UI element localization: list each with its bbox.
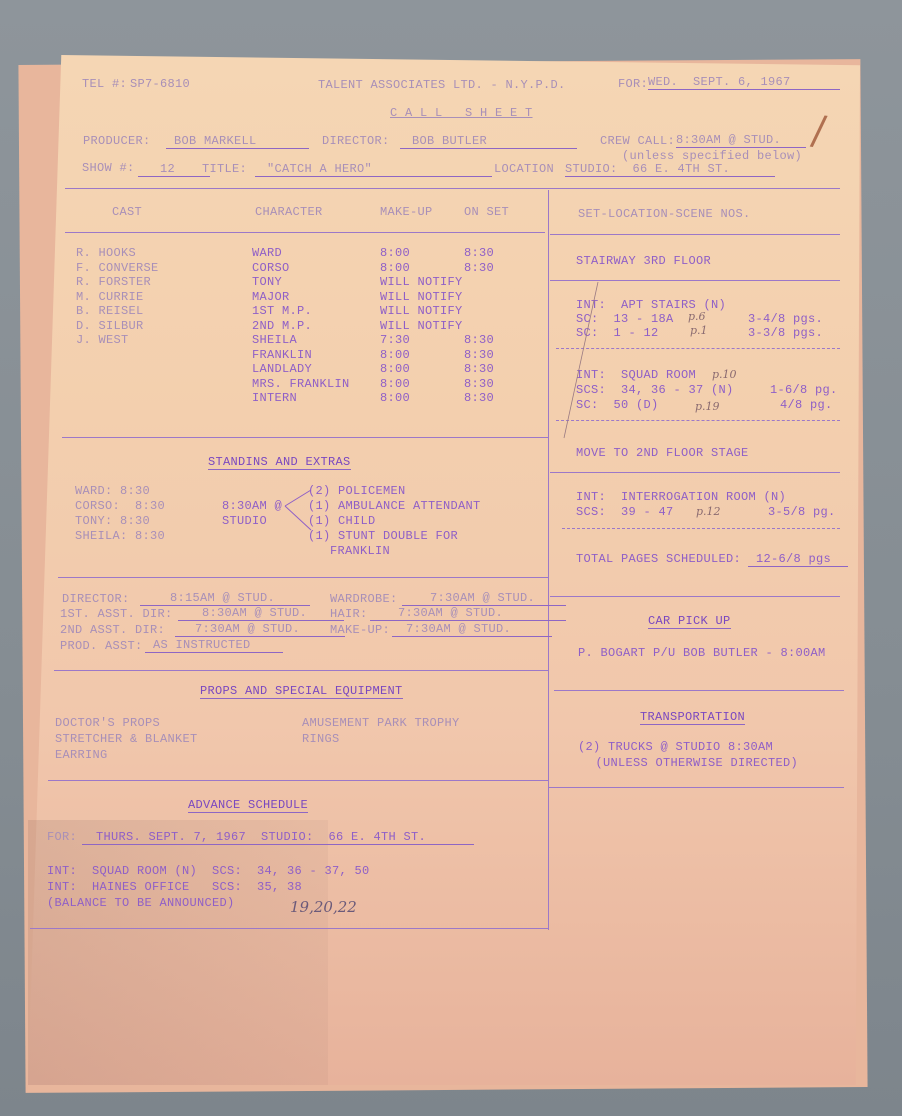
company-name: TALENT ASSOCIATES LTD. - N.Y.P.D. — [318, 78, 566, 92]
tel-label: TEL #: — [82, 77, 127, 91]
on-set-time: 8:30 — [464, 261, 494, 275]
scene-pages: 3-5/8 pg. — [768, 505, 836, 519]
extra-item: FRANKLIN — [300, 544, 390, 558]
extras-call-place: STUDIO — [222, 514, 267, 528]
cast-name: D. SILBUR — [76, 319, 144, 333]
hair-label: HAIR: — [330, 607, 368, 621]
handwritten-note: p.10 — [712, 368, 737, 381]
on-set-time: 8:30 — [464, 246, 494, 260]
on-set-time: 8:30 — [464, 333, 494, 347]
prop-item: AMUSEMENT PARK TROPHY — [302, 716, 460, 730]
character-name: MRS. FRANKLIN — [252, 377, 350, 391]
hair-value: 7:30AM @ STUD. — [370, 606, 566, 621]
prop-item: STRETCHER & BLANKET — [55, 732, 198, 746]
on-set-header: ON SET — [464, 205, 509, 219]
character-name: MAJOR — [252, 290, 290, 304]
advance-line: INT: HAINES OFFICE SCS: 35, 38 — [47, 880, 302, 894]
move-divider — [550, 472, 840, 473]
makeup-call-label: MAKE-UP: — [330, 623, 390, 637]
cast-name: R. HOOKS — [76, 246, 136, 260]
director-value: BOB BUTLER — [400, 134, 577, 149]
cast-name: J. WEST — [76, 333, 129, 347]
transportation-note: (UNLESS OTHERWISE DIRECTED) — [588, 756, 798, 770]
character-name: INTERN — [252, 391, 297, 405]
extra-item: (2) POLICEMEN — [308, 484, 406, 498]
first-ad-label: 1ST. ASST. DIR: — [60, 607, 173, 621]
character-name: LANDLADY — [252, 362, 312, 376]
advance-line: INT: SQUAD ROOM (N) SCS: 34, 36 - 37, 50 — [47, 864, 370, 878]
stairway-set: STAIRWAY 3RD FLOOR — [576, 254, 711, 268]
on-set-time: 8:30 — [464, 348, 494, 362]
extras-call-time: 8:30AM @ — [222, 499, 282, 513]
makeup-time: 8:00 — [380, 377, 410, 391]
cast-section-divider — [62, 437, 549, 438]
standin-item: TONY: 8:30 — [75, 514, 150, 528]
prop-item: RINGS — [302, 732, 340, 746]
makeup-time: WILL NOTIFY — [380, 275, 463, 289]
car-divider — [554, 690, 844, 691]
handwritten-note: p.6 — [688, 310, 706, 323]
character-name: CORSO — [252, 261, 290, 275]
move-note: MOVE TO 2ND FLOOR STAGE — [576, 446, 749, 460]
character-header: CHARACTER — [255, 205, 323, 219]
tel-value: SP7-6810 — [130, 77, 190, 91]
makeup-time: WILL NOTIFY — [380, 290, 463, 304]
producer-label: PRODUCER: — [83, 134, 151, 148]
transportation-divider — [548, 787, 844, 788]
scene-pages: 1-6/8 pg. — [770, 383, 838, 397]
pa-label: PROD. ASST: — [60, 639, 143, 653]
page-title: C A L L S H E E T — [390, 106, 533, 120]
prop-item: EARRING — [55, 748, 108, 762]
makeup-time: 8:00 — [380, 391, 410, 405]
location-label: LOCATION — [494, 162, 554, 176]
producer-value: BOB MARKELL — [166, 134, 309, 149]
standin-item: SHEILA: 8:30 — [75, 529, 165, 543]
cast-name: M. CURRIE — [76, 290, 144, 304]
total-pages-label: TOTAL PAGES SCHEDULED: — [576, 552, 741, 566]
character-name: TONY — [252, 275, 282, 289]
advance-line: (BALANCE TO BE ANNOUNCED) — [47, 896, 235, 910]
makeup-time: 8:00 — [380, 246, 410, 260]
makeup-time: 8:00 — [380, 348, 410, 362]
makeup-time: WILL NOTIFY — [380, 304, 463, 318]
cast-header-divider — [65, 232, 545, 233]
props-title: PROPS AND SPECIAL EQUIPMENT — [200, 684, 403, 699]
scene-line: SCS: 39 - 47 — [576, 505, 674, 519]
crew-call-note: (unless specified below) — [622, 149, 802, 163]
makeup-time: 8:00 — [380, 362, 410, 376]
scene-pages: 3-3/8 pgs. — [748, 326, 823, 340]
prop-item: DOCTOR'S PROPS — [55, 716, 160, 730]
standins-divider — [58, 577, 548, 578]
standin-item: CORSO: 8:30 — [75, 499, 165, 513]
advance-for-label: FOR: — [47, 830, 77, 844]
show-title: "CATCH A HERO" — [255, 162, 492, 177]
director-label: DIRECTOR: — [322, 134, 390, 148]
location-value: STUDIO: 66 E. 4TH ST. — [565, 162, 775, 177]
extra-item: (1) STUNT DOUBLE FOR — [308, 529, 458, 543]
crew-divider — [54, 670, 548, 671]
second-ad-label: 2ND ASST. DIR: — [60, 623, 165, 637]
transportation-line: (2) TRUCKS @ STUDIO 8:30AM — [578, 740, 773, 754]
props-divider — [48, 780, 548, 781]
total-pages-value: 12-6/8 pgs — [748, 552, 848, 567]
on-set-time: 8:30 — [464, 377, 494, 391]
interrogation-divider — [562, 528, 840, 529]
cast-header: CAST — [112, 205, 142, 219]
director-call-value: 8:15AM @ STUD. — [140, 591, 310, 606]
crew-call-value: 8:30AM @ STUD. — [676, 133, 806, 148]
makeup-time: WILL NOTIFY — [380, 319, 463, 333]
character-name: 2ND M.P. — [252, 319, 312, 333]
car-pickup-title: CAR PICK UP — [648, 614, 731, 629]
makeup-call-value: 7:30AM @ STUD. — [392, 622, 552, 637]
character-name: SHEILA — [252, 333, 297, 347]
handwritten-scenes: 19,20,22 — [290, 898, 357, 916]
advance-divider — [30, 928, 548, 929]
character-name: FRANKLIN — [252, 348, 312, 362]
extra-item: (1) CHILD — [308, 514, 376, 528]
director-call-label: DIRECTOR: — [62, 592, 130, 606]
interrogation-title: INT: INTERROGATION ROOM (N) — [576, 490, 786, 504]
cast-name: B. REISEL — [76, 304, 144, 318]
transportation-title: TRANSPORTATION — [640, 710, 745, 725]
makeup-time: 7:30 — [380, 333, 410, 347]
second-ad-value: 7:30AM @ STUD. — [175, 622, 345, 637]
title-label: TITLE: — [202, 162, 247, 176]
crew-call-label: CREW CALL: — [600, 134, 675, 148]
wardrobe-value: 7:30AM @ STUD. — [402, 591, 566, 606]
on-set-time: 8:30 — [464, 391, 494, 405]
first-ad-value: 8:30AM @ STUD. — [178, 606, 344, 621]
show-number: 12 — [138, 162, 210, 177]
pencil-diagonal-icon — [560, 280, 600, 440]
header-divider — [65, 188, 840, 189]
total-divider — [550, 596, 840, 597]
scene-pages: 3-4/8 pgs. — [748, 312, 823, 326]
makeup-time: 8:00 — [380, 261, 410, 275]
character-name: WARD — [252, 246, 282, 260]
for-date: WED. SEPT. 6, 1967 — [648, 75, 840, 90]
character-name: 1ST M.P. — [252, 304, 312, 318]
on-set-time: 8:30 — [464, 362, 494, 376]
extra-item: (1) AMBULANCE ATTENDANT — [308, 499, 481, 513]
advance-title: ADVANCE SCHEDULE — [188, 798, 308, 813]
standins-title: STANDINS AND EXTRAS — [208, 455, 351, 470]
standin-item: WARD: 8:30 — [75, 484, 150, 498]
sets-header: SET-LOCATION-SCENE NOS. — [578, 207, 751, 221]
advance-for-value: THURS. SEPT. 7, 1967 STUDIO: 66 E. 4TH S… — [82, 830, 474, 845]
cast-name: R. FORSTER — [76, 275, 151, 289]
for-label: FOR: — [618, 77, 648, 91]
makeup-header: MAKE-UP — [380, 205, 433, 219]
column-divider — [548, 190, 549, 930]
scene-pages: 4/8 pg. — [780, 398, 833, 412]
sets-header-divider — [550, 234, 840, 235]
handwritten-note: p.12 — [696, 505, 721, 518]
wardrobe-label: WARDROBE: — [330, 592, 398, 606]
handwritten-note: p.1 — [690, 324, 708, 337]
car-pickup-line: P. BOGART P/U BOB BUTLER - 8:00AM — [578, 646, 826, 660]
cast-name: F. CONVERSE — [76, 261, 159, 275]
pa-value: AS INSTRUCTED — [145, 638, 283, 653]
handwritten-note: p.19 — [695, 400, 720, 413]
show-label: SHOW #: — [82, 161, 135, 175]
